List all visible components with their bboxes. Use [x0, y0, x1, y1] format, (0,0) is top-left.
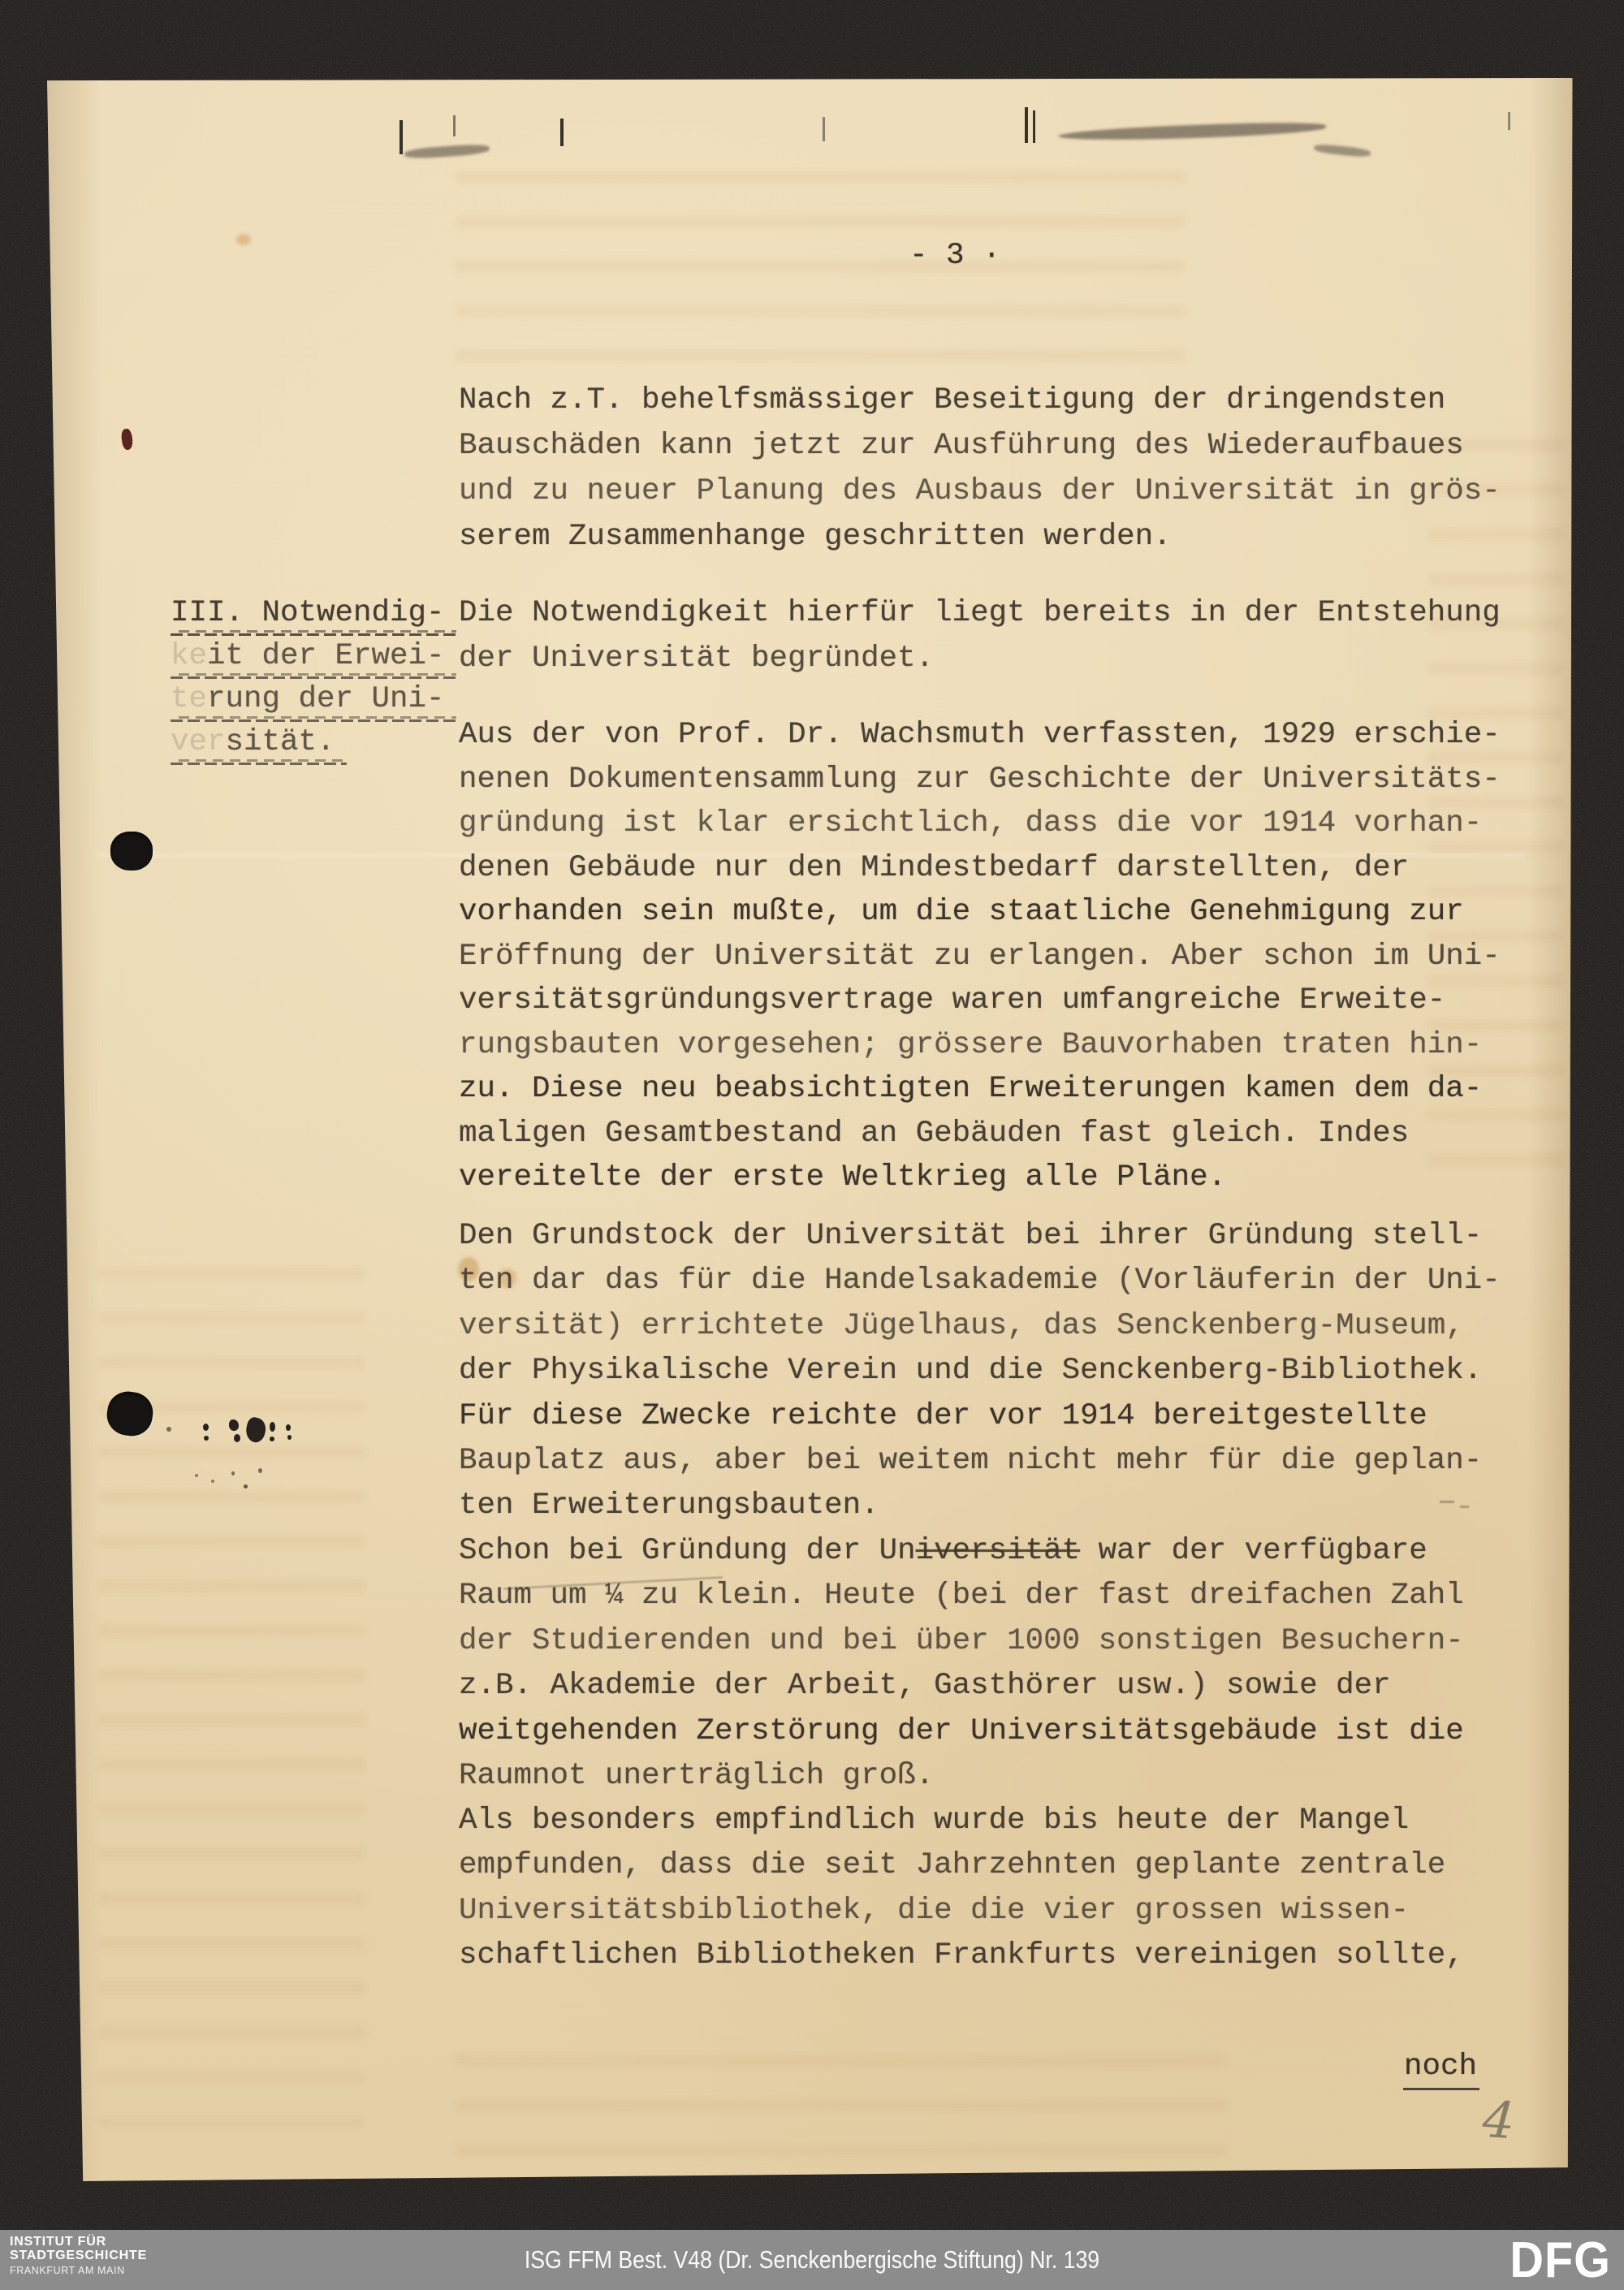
paragraph-4: Den Grundstock der Universität bei ihrer… [459, 1214, 1501, 1529]
text-line: weitgehenden Zerstörung der Universitäts… [459, 1709, 1464, 1754]
archive-footer-bar: INSTITUT FÜR STADTGESCHICHTE FRANKFURT A… [0, 2230, 1624, 2290]
text-line: nenen Dokumentensammlung zur Geschichte … [459, 758, 1501, 802]
bleedthrough-ghost [455, 171, 1186, 382]
text-line: gründung ist klar ersichtlich, dass die … [459, 801, 1501, 846]
ink-smudge [231, 1471, 235, 1476]
pencil-mark [823, 117, 825, 141]
text-line: Raum um ¼ zu klein. Heute (bei der fast … [459, 1574, 1464, 1618]
paragraph-6: Als besonders empfindlich wurde bis heut… [459, 1799, 1464, 1979]
pencil-mark [1508, 112, 1510, 130]
text-line: maligen Gesamtbestand an Gebäuden fast g… [459, 1112, 1501, 1156]
ink-smudge [166, 1427, 171, 1432]
ink-smudge [204, 1436, 209, 1441]
pencil-smear [404, 143, 490, 159]
text-line: rungsbauten vorgesehen; grössere Bauvorh… [459, 1023, 1501, 1068]
text-line: versität) errichtete Jügelhaus, das Senc… [459, 1304, 1501, 1349]
pencil-mark [400, 120, 403, 154]
paper-stain [236, 234, 251, 245]
text-line: Für diese Zwecke reichte der vor 1914 be… [459, 1394, 1501, 1439]
text-line: serem Zusammenhange geschritten werden. [459, 514, 1501, 560]
pencil-mark [453, 115, 456, 136]
paragraph-3: Aus der von Prof. Dr. Wachsmuth verfasst… [459, 713, 1501, 1200]
text-line: keit der Erwei- [171, 640, 456, 679]
text-line: der Physikalische Verein und die Sencken… [459, 1349, 1501, 1393]
pencil-smear [1314, 143, 1371, 158]
text-line: Schon bei Gründung der Universität war d… [459, 1529, 1464, 1574]
text-line: schaftlichen Bibliotheken Frankfurts ver… [459, 1934, 1464, 1978]
ink-smudge [203, 1424, 209, 1431]
text-line: vereitelte der erste Weltkrieg alle Plän… [459, 1156, 1501, 1200]
text-line: Nach z.T. behelfsmässiger Beseitigung de… [459, 378, 1501, 423]
catchword-text: noch [1403, 2050, 1479, 2090]
text-line: Die Notwendigkeit hierfür liegt bereits … [459, 590, 1501, 636]
pencil-mark [1033, 110, 1035, 143]
text-line: Raumnot unerträglich groß. [459, 1754, 1464, 1799]
text-line: der Universität begründet. [459, 636, 1501, 681]
ink-smudge [229, 1419, 239, 1431]
ink-smudge [286, 1424, 291, 1431]
ink-smudge [270, 1422, 275, 1432]
margin-note: III. Notwendig-keit der Erwei-terung der… [171, 597, 456, 769]
ink-mark [120, 428, 133, 451]
text-line: zu. Diese neu beabsichtigten Erweiterung… [459, 1067, 1501, 1112]
text-line: Eröffnung der Universität zu erlangen. A… [459, 935, 1501, 979]
paragraph-5: Schon bei Gründung der Universität war d… [459, 1529, 1464, 1799]
text-line: versität. [171, 726, 347, 765]
text-line: ten dar das für die Handelsakademie (Vor… [459, 1259, 1501, 1303]
text-line: und zu neuer Planung des Ausbaus der Uni… [459, 469, 1501, 514]
text-line: Bauschäden kann jetzt zur Ausführung des… [459, 423, 1501, 469]
punch-hole [105, 1389, 156, 1438]
text-line: Universitätsbibliothek, die die vier gro… [459, 1889, 1464, 1934]
pencil-mark [1025, 107, 1028, 143]
text-line: empfunden, dass die seit Jahrzehnten gep… [459, 1843, 1464, 1888]
text-line: der Studierenden und bei über 1000 sonst… [459, 1619, 1464, 1664]
text-line: Aus der von Prof. Dr. Wachsmuth verfasst… [459, 713, 1501, 758]
text-line: Den Grundstock der Universität bei ihrer… [459, 1214, 1501, 1259]
catchword: noch [1294, 2016, 1479, 2118]
text-line: III. Notwendig- [171, 597, 456, 636]
bleedthrough-ghost [455, 2055, 1226, 2176]
document-page: - 3 · III. Notwendig-keit der Erwei-teru… [47, 78, 1574, 2181]
text-line: denen Gebäude nur den Mindestbedarf dars… [459, 846, 1501, 891]
text-line: versitätsgründungsvertrage waren umfangr… [459, 979, 1501, 1023]
archive-reference: ISG FFM Best. V48 (Dr. Senckenbergische … [114, 2245, 1510, 2275]
pencil-smear [1058, 120, 1326, 143]
text-line: vorhanden sein mußte, um die staatliche … [459, 890, 1501, 935]
page-number: - 3 · [909, 239, 1001, 273]
paragraph-2: Die Notwendigkeit hierfür liegt bereits … [459, 590, 1501, 681]
dfg-logo: DFG [1510, 2232, 1611, 2289]
scanned-document-viewer: - 3 · III. Notwendig-keit der Erwei-teru… [0, 0, 1624, 2290]
punch-hole [110, 832, 153, 871]
text-line: Als besonders empfindlich wurde bis heut… [459, 1799, 1464, 1843]
ink-smudge [258, 1468, 262, 1473]
pencil-mark [560, 119, 564, 146]
text-line: terung der Uni- [171, 683, 456, 722]
ink-smudge [287, 1435, 292, 1440]
ink-smudge [195, 1474, 198, 1477]
ink-smudge [244, 1484, 248, 1488]
handwritten-folio-number: 4 [1481, 2089, 1517, 2151]
ink-smudge [211, 1480, 214, 1483]
ink-smudge [234, 1434, 240, 1442]
text-line: z.B. Akademie der Arbeit, Gasthörer usw.… [459, 1664, 1464, 1709]
ink-smudge [270, 1437, 274, 1441]
paragraph-1: Nach z.T. behelfsmässiger Beseitigung de… [459, 378, 1501, 560]
ink-smudge [244, 1415, 269, 1444]
text-line: Bauplatz aus, aber bei weitem nicht mehr… [459, 1439, 1501, 1484]
text-line: ten Erweiterungsbauten. [459, 1484, 1501, 1528]
